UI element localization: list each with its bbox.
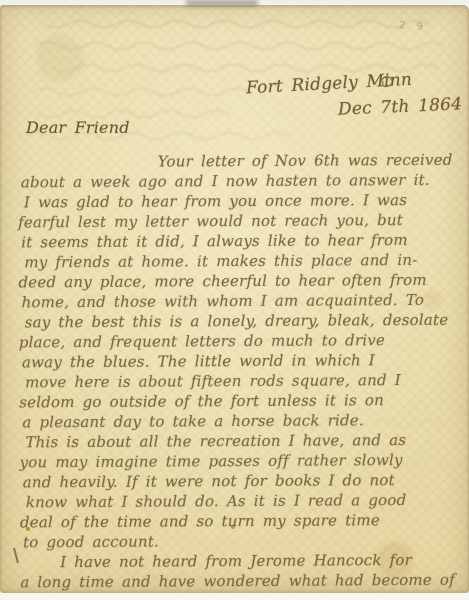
letter-line: away the blues. The little world in whic… [22, 350, 461, 373]
letter-line: to good account. [23, 530, 462, 553]
letter-line: a long time and have wondered what had b… [20, 570, 462, 593]
letter-line: I have not heard from Jerome Hancock for [60, 550, 462, 572]
scanned-letter: 2 9 Fort Ridgely Minn Dec 7th 1864 Dear … [0, 0, 469, 600]
pencil-corner-mark: 2 9 [399, 20, 428, 33]
letter-line: I was glad to hear from you once more. I… [24, 190, 460, 213]
letter-body: Your letter of Nov 6th was received abou… [18, 150, 463, 593]
letter-line: fearful lest my letter would not reach y… [18, 210, 460, 233]
letter-line: you may imagine time passes off rather s… [19, 450, 461, 473]
letter-line: say the best this is a lonely, dreary, b… [25, 310, 461, 333]
letter-line: deed any place, more cheerful to hear of… [18, 270, 460, 293]
letter-salutation: Dear Friend [26, 118, 130, 137]
letter-line: home, and those with whom I am acquainte… [22, 290, 461, 313]
letter-line: know what I should do. As it is I read a… [26, 490, 462, 513]
letter-line: about a week ago and I now hasten to ans… [21, 170, 460, 193]
letter-line: a pleasant day to take a horse back ride… [22, 410, 461, 433]
letter-line: and heavily. If it were not for books I … [23, 470, 462, 493]
letter-line: my friends at home. it makes this place … [24, 250, 460, 273]
letter-line: deal of the time and so turn my spare ti… [20, 510, 462, 533]
letter-line: move here is about fifteen rods square, … [25, 370, 461, 393]
letter-line: it seems that it did, I always like to h… [21, 230, 460, 253]
letter-line: This is about all the recreation I have,… [25, 430, 461, 453]
letter-line: Your letter of Nov 6th was received [158, 150, 460, 172]
letter-line: seldom go outside of the fort unless it … [19, 390, 461, 413]
letter-line: place, and frequent letters do much to d… [19, 330, 461, 353]
